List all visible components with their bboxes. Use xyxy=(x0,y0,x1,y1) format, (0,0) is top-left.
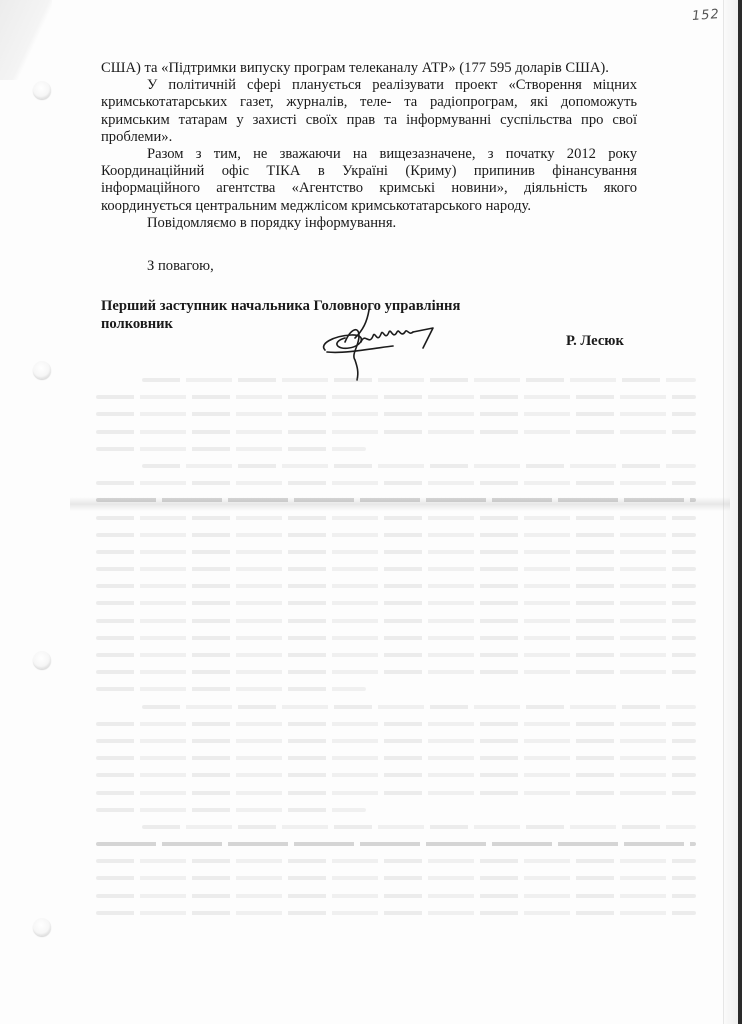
handwritten-page-number: 152 xyxy=(692,7,721,24)
scan-edge-border xyxy=(738,0,742,1024)
paragraph-notice: Повідомляємо в порядку інформування. xyxy=(101,215,637,232)
signatory-name: Р. Лесюк xyxy=(566,333,624,350)
punch-hole-icon xyxy=(33,651,51,669)
handwritten-signature-icon xyxy=(315,302,455,382)
punch-hole-icon xyxy=(33,918,51,936)
punch-hole-icon xyxy=(33,361,51,379)
letter-body: США) та «Підтримки випуску програм телек… xyxy=(101,60,637,232)
punch-hole-icon xyxy=(33,81,51,99)
reverse-side-bleed-through xyxy=(96,378,696,928)
document-page: 152 США) та «Підтримки випуску програм т… xyxy=(0,0,742,1024)
closing-salutation: З повагою, xyxy=(147,258,214,275)
paragraph-tika-funding: Разом з тим, не зважаючи на вищезазначен… xyxy=(101,146,637,215)
paragraph-political-sphere: У політичній сфері планується реалізуват… xyxy=(101,77,637,146)
paragraph-continuation: США) та «Підтримки випуску програм телек… xyxy=(101,60,637,77)
page-fold-shadow xyxy=(0,0,52,80)
scan-edge-margin xyxy=(723,0,738,1024)
